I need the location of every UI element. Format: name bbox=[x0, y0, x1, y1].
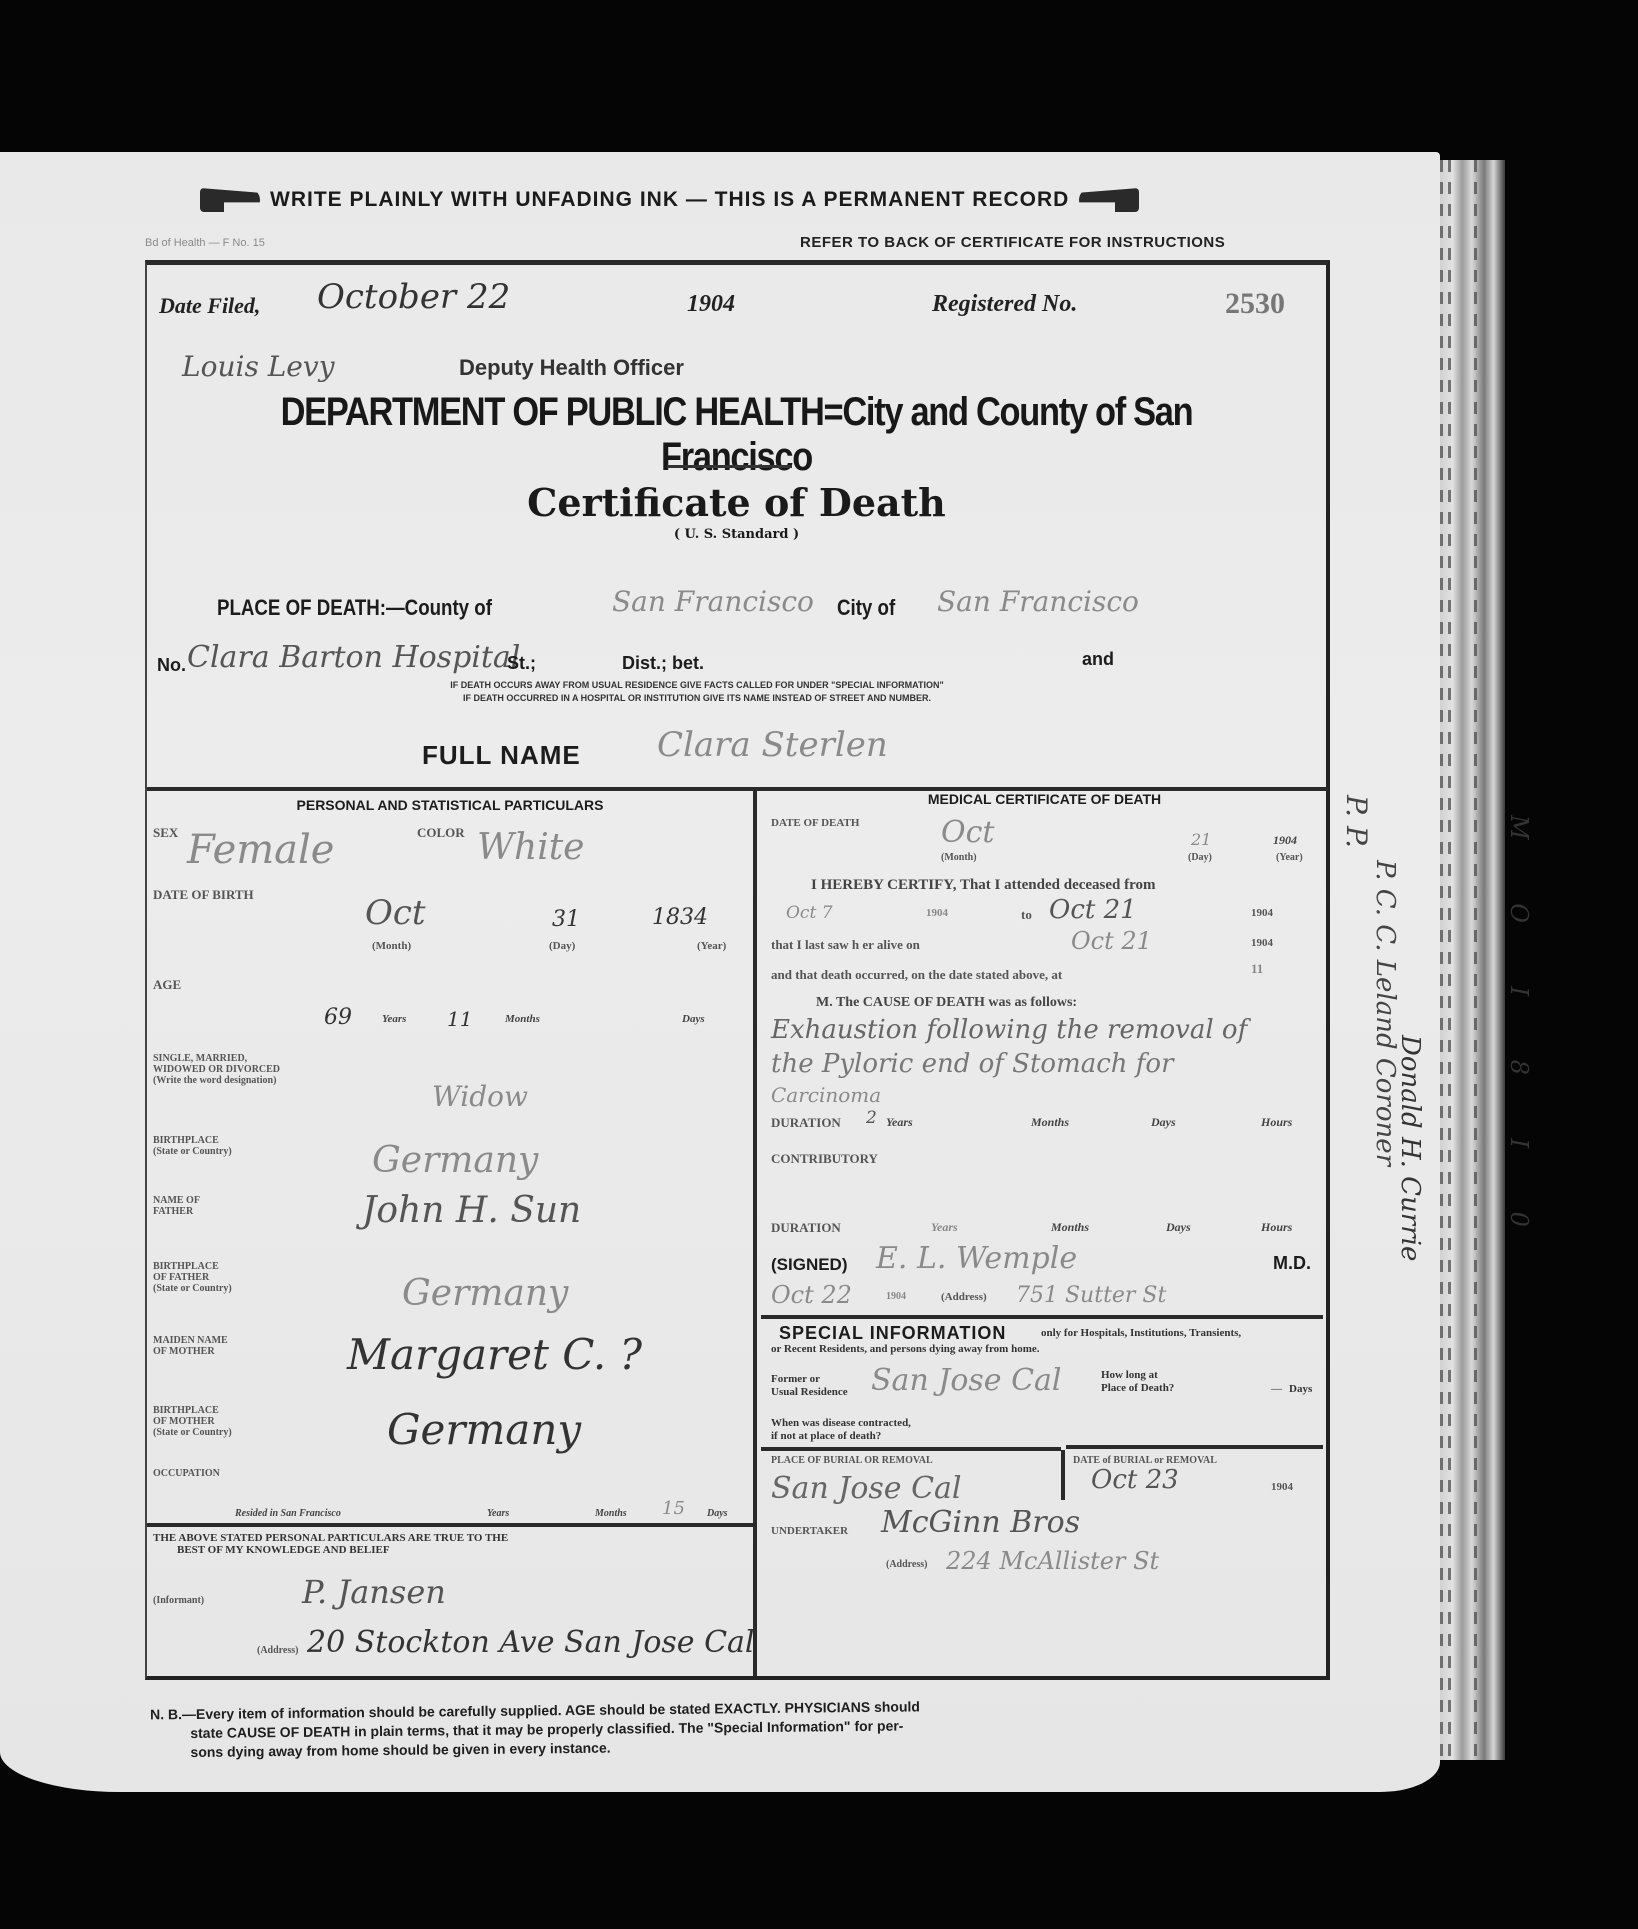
certify-text: I HEREBY CERTIFY, That I attended deceas… bbox=[811, 877, 1156, 894]
dob-month-label: (Month) bbox=[372, 940, 411, 952]
from-year: 1904 bbox=[926, 907, 948, 919]
sex-value: Female bbox=[187, 827, 334, 873]
duration-years: 2 bbox=[866, 1108, 877, 1128]
dod-year-label: (Year) bbox=[1276, 852, 1303, 863]
how-long-days-label: Days bbox=[1289, 1383, 1312, 1395]
duration-label: DURATION bbox=[771, 1115, 841, 1131]
mother-birthplace-label: BIRTHPLACE OF MOTHER (State or Country) bbox=[153, 1405, 232, 1438]
duration-years-label: Years bbox=[886, 1115, 913, 1130]
dod-label: DATE OF DEATH bbox=[771, 817, 859, 829]
special-heading: SPECIAL INFORMATION bbox=[779, 1323, 1006, 1344]
city-value: San Francisco bbox=[937, 585, 1139, 618]
personal-particulars-section: PERSONAL AND STATISTICAL PARTICULARS SEX… bbox=[147, 795, 757, 1680]
birthplace-label-line: BIRTHPLACE bbox=[153, 1135, 232, 1146]
margin-note-pp: P. P. bbox=[1340, 795, 1373, 848]
resided-label: Resided in San Francisco bbox=[235, 1508, 341, 1519]
place-note: IF DEATH OCCURS AWAY FROM USUAL RESIDENC… bbox=[257, 679, 1137, 705]
dob-year: 1834 bbox=[652, 905, 708, 930]
street-label: St.; bbox=[507, 653, 536, 674]
dod-year: 1904 bbox=[1273, 833, 1297, 848]
resided-months-label: Months bbox=[595, 1508, 627, 1519]
cause-line-2: the Pyloric end of Stomach for bbox=[771, 1049, 1174, 1079]
birthplace-label-line: (State or Country) bbox=[153, 1146, 232, 1157]
resided-days: 15 bbox=[662, 1498, 685, 1519]
mother-label-line: MAIDEN NAME bbox=[153, 1335, 228, 1346]
mother-name-label: MAIDEN NAME OF MOTHER bbox=[153, 1335, 228, 1357]
duration-days-label: Days bbox=[1151, 1115, 1176, 1130]
mother-bp-label-line: (State or Country) bbox=[153, 1427, 232, 1438]
date-filed-value: October 22 bbox=[317, 277, 510, 317]
physician-address: 751 Sutter St bbox=[1016, 1283, 1166, 1308]
attended-from: Oct 7 bbox=[786, 903, 833, 923]
header-banner: WRITE PLAINLY WITH UNFADING INK — THIS I… bbox=[200, 188, 1300, 212]
certificate-title: Certificate of Death bbox=[147, 480, 1326, 525]
dod-day: 21 bbox=[1191, 830, 1211, 849]
dob-day: 31 bbox=[552, 907, 580, 932]
burial-place-label: PLACE OF BURIAL OR REMOVAL bbox=[771, 1455, 933, 1466]
father-name-value: John H. Sun bbox=[362, 1190, 581, 1231]
edge-line bbox=[1474, 160, 1477, 1760]
father-name-label: NAME OF FATHER bbox=[153, 1195, 200, 1217]
county-value: San Francisco bbox=[612, 585, 814, 618]
footnote-label: N. B.— bbox=[150, 1706, 196, 1722]
marital-value: Widow bbox=[432, 1080, 528, 1113]
age-months-label: Months bbox=[505, 1013, 540, 1025]
registered-label: Registered No. bbox=[932, 291, 1077, 318]
mother-bp-label-line: BIRTHPLACE bbox=[153, 1405, 232, 1416]
pointing-hand-icon bbox=[1079, 188, 1139, 212]
dod-month-label: (Month) bbox=[941, 852, 977, 863]
undertaker-label: UNDERTAKER bbox=[771, 1525, 848, 1537]
medical-certificate-section: MEDICAL CERTIFICATE OF DEATH DATE OF DEA… bbox=[761, 795, 1328, 1680]
color-label: COLOR bbox=[417, 825, 465, 841]
informant-label: (Informant) bbox=[153, 1595, 204, 1606]
place-location: Clara Barton Hospital bbox=[187, 640, 520, 675]
occupation-label: OCCUPATION bbox=[153, 1468, 220, 1479]
pointing-hand-icon bbox=[200, 188, 260, 212]
resided-years-label: Years bbox=[487, 1508, 509, 1519]
registered-number: 2530 bbox=[1225, 287, 1285, 321]
how-long-label-line: Place of Death? bbox=[1101, 1382, 1174, 1395]
special-note-2: or Recent Residents, and persons dying a… bbox=[771, 1343, 1040, 1355]
dob-label: DATE OF BIRTH bbox=[153, 887, 254, 903]
certificate-form: Date Filed, October 22 1904 Registered N… bbox=[145, 260, 1330, 1680]
informant-divider bbox=[147, 1523, 753, 1527]
mother-bp-label-line: OF MOTHER bbox=[153, 1416, 232, 1427]
undertaker-name: McGinn Bros bbox=[881, 1505, 1080, 1540]
age-years: 69 bbox=[324, 1005, 352, 1030]
cause-line-3: Carcinoma bbox=[771, 1083, 881, 1107]
informant-name: P. Jansen bbox=[302, 1573, 446, 1611]
duration2-days-label: Days bbox=[1166, 1220, 1191, 1235]
marital-label-line: (Write the word designation) bbox=[153, 1075, 280, 1086]
attended-to: Oct 21 bbox=[1049, 895, 1137, 925]
full-name-label: FULL NAME bbox=[422, 740, 581, 771]
personal-heading: PERSONAL AND STATISTICAL PARTICULARS bbox=[147, 797, 753, 813]
resided-days-label: Days bbox=[707, 1508, 728, 1519]
signed-date: Oct 22 bbox=[771, 1281, 852, 1309]
and-label: and bbox=[1082, 649, 1114, 670]
mother-birthplace-value: Germany bbox=[387, 1405, 581, 1454]
filing-row: Date Filed, October 22 1904 Registered N… bbox=[157, 275, 1322, 315]
last-saw-year: 1904 bbox=[1251, 937, 1273, 949]
physician-signature: E. L. Wemple bbox=[876, 1241, 1077, 1276]
dob-year-label: (Year) bbox=[697, 940, 726, 952]
duration2-hours-label: Hours bbox=[1261, 1220, 1292, 1235]
father-birthplace-value: Germany bbox=[402, 1273, 568, 1314]
informant-statement-line: BEST OF MY KNOWLEDGE AND BELIEF bbox=[153, 1544, 508, 1556]
marital-label-line: SINGLE, MARRIED, bbox=[153, 1053, 280, 1064]
dod-day-label: (Day) bbox=[1188, 852, 1212, 863]
contributory-label: CONTRIBUTORY bbox=[771, 1151, 878, 1167]
former-residence-value: San Jose Cal bbox=[871, 1363, 1062, 1398]
filing-year: 1904 bbox=[687, 291, 735, 318]
marital-label-line: WIDOWED OR DIVORCED bbox=[153, 1064, 280, 1075]
title-rule bbox=[667, 465, 792, 468]
last-saw-value: Oct 21 bbox=[1071, 927, 1152, 955]
birthplace-label: BIRTHPLACE (State or Country) bbox=[153, 1135, 232, 1157]
how-long-value: — bbox=[1271, 1383, 1282, 1395]
marital-label: SINGLE, MARRIED, WIDOWED OR DIVORCED (Wr… bbox=[153, 1053, 280, 1086]
former-residence-label: Former or Usual Residence bbox=[771, 1373, 848, 1399]
duration2-months-label: Months bbox=[1051, 1220, 1089, 1235]
cause-line-1: Exhaustion following the removal of bbox=[771, 1015, 1247, 1045]
dob-day-label: (Day) bbox=[549, 940, 575, 952]
officer-title: Deputy Health Officer bbox=[459, 355, 684, 381]
duration-hours-label: Hours bbox=[1261, 1115, 1292, 1130]
district-label: Dist.; bet. bbox=[622, 653, 704, 674]
informant-statement: THE ABOVE STATED PERSONAL PARTICULARS AR… bbox=[153, 1532, 508, 1556]
sex-label: SEX bbox=[153, 825, 178, 841]
place-note-line-1: IF DEATH OCCURS AWAY FROM USUAL RESIDENC… bbox=[257, 679, 1137, 692]
contracted-label: When was disease contracted, if not at p… bbox=[771, 1417, 911, 1443]
margin-stamp: M O I 8 I 0 bbox=[1505, 815, 1533, 1255]
duration2-years-label: Years bbox=[931, 1220, 958, 1235]
burial-place: San Jose Cal bbox=[771, 1471, 962, 1506]
age-months: 11 bbox=[447, 1007, 472, 1031]
contracted-label-line: if not at place of death? bbox=[771, 1430, 911, 1443]
standard-subtitle: ( U. S. Standard ) bbox=[147, 527, 1326, 542]
how-long-label: How long at Place of Death? bbox=[1101, 1369, 1174, 1395]
former-label-line: Usual Residence bbox=[771, 1386, 848, 1399]
special-divider bbox=[761, 1315, 1323, 1319]
age-days-label: Days bbox=[682, 1013, 705, 1025]
former-label-line: Former or bbox=[771, 1373, 848, 1386]
last-saw-label: that I last saw h er alive on bbox=[771, 937, 920, 953]
dob-month: Oct bbox=[365, 893, 426, 933]
dod-month: Oct bbox=[941, 815, 994, 850]
duration-months-label: Months bbox=[1031, 1115, 1069, 1130]
medical-heading: MEDICAL CERTIFICATE OF DEATH bbox=[761, 791, 1328, 807]
age-years-label: Years bbox=[382, 1013, 406, 1025]
age-label: AGE bbox=[153, 977, 181, 993]
duration2-label: DURATION bbox=[771, 1220, 841, 1236]
margin-note-currie: Donald H. Currie bbox=[1395, 1035, 1425, 1261]
number-label: No. bbox=[157, 655, 186, 676]
form-code: Bd of Health — F No. 15 bbox=[145, 237, 265, 249]
to-year: 1904 bbox=[1251, 907, 1273, 919]
contracted-label-line: When was disease contracted, bbox=[771, 1417, 911, 1430]
burial-date-divider bbox=[1066, 1445, 1323, 1449]
burial-divider bbox=[761, 1447, 1061, 1451]
father-birthplace-label: BIRTHPLACE OF FATHER (State or Country) bbox=[153, 1261, 232, 1294]
date-filed-label: Date Filed, bbox=[159, 293, 260, 319]
birthplace-value: Germany bbox=[372, 1140, 538, 1181]
burial-column-divider bbox=[1061, 1450, 1065, 1500]
informant-address-label: (Address) bbox=[257, 1645, 298, 1656]
color-value: White bbox=[477, 827, 584, 868]
banner-text: WRITE PLAINLY WITH UNFADING INK — THIS I… bbox=[270, 188, 1069, 212]
informant-address: 20 Stockton Ave San Jose Cal bbox=[307, 1625, 755, 1660]
place-of-death-label: PLACE OF DEATH:—County of bbox=[217, 595, 492, 621]
officer-signature: Louis Levy bbox=[182, 350, 335, 383]
full-name-value: Clara Sterlen bbox=[657, 725, 888, 765]
cause-label: M. The CAUSE OF DEATH was as follows: bbox=[816, 995, 1077, 1011]
city-label: City of bbox=[837, 595, 895, 621]
md-label: M.D. bbox=[1273, 1253, 1311, 1274]
father-bp-label-line: OF FATHER bbox=[153, 1272, 232, 1283]
mother-label-line: OF MOTHER bbox=[153, 1346, 228, 1357]
how-long-label-line: How long at bbox=[1101, 1369, 1174, 1382]
father-bp-label-line: BIRTHPLACE bbox=[153, 1261, 232, 1272]
occurred-text: and that death occurred, on the date sta… bbox=[771, 967, 1062, 983]
mother-name-value: Margaret C. ? bbox=[347, 1330, 642, 1379]
signed-label: (SIGNED) bbox=[771, 1255, 848, 1275]
place-note-line-2: IF DEATH OCCURRED IN A HOSPITAL OR INSTI… bbox=[257, 692, 1137, 705]
father-bp-label-line: (State or Country) bbox=[153, 1283, 232, 1294]
burial-year: 1904 bbox=[1271, 1481, 1293, 1493]
physician-address-label: (Address) bbox=[941, 1291, 987, 1303]
to-label: to bbox=[1021, 907, 1032, 923]
edge-line bbox=[1440, 160, 1443, 1760]
signed-year: 1904 bbox=[886, 1291, 906, 1302]
father-label-line: NAME OF bbox=[153, 1195, 200, 1206]
undertaker-address-label: (Address) bbox=[886, 1559, 927, 1570]
burial-date: Oct 23 bbox=[1091, 1465, 1179, 1495]
special-note: only for Hospitals, Institutions, Transi… bbox=[1041, 1327, 1241, 1339]
edge-line bbox=[1448, 160, 1451, 1760]
informant-statement-line: THE ABOVE STATED PERSONAL PARTICULARS AR… bbox=[153, 1532, 508, 1544]
father-label-line: FATHER bbox=[153, 1206, 200, 1217]
undertaker-address: 224 McAllister St bbox=[946, 1547, 1159, 1575]
instructions-note: REFER TO BACK OF CERTIFICATE FOR INSTRUC… bbox=[800, 234, 1225, 251]
footnote: N. B.—Every item of information should b… bbox=[190, 1694, 1281, 1762]
death-time: 11 bbox=[1251, 961, 1263, 977]
